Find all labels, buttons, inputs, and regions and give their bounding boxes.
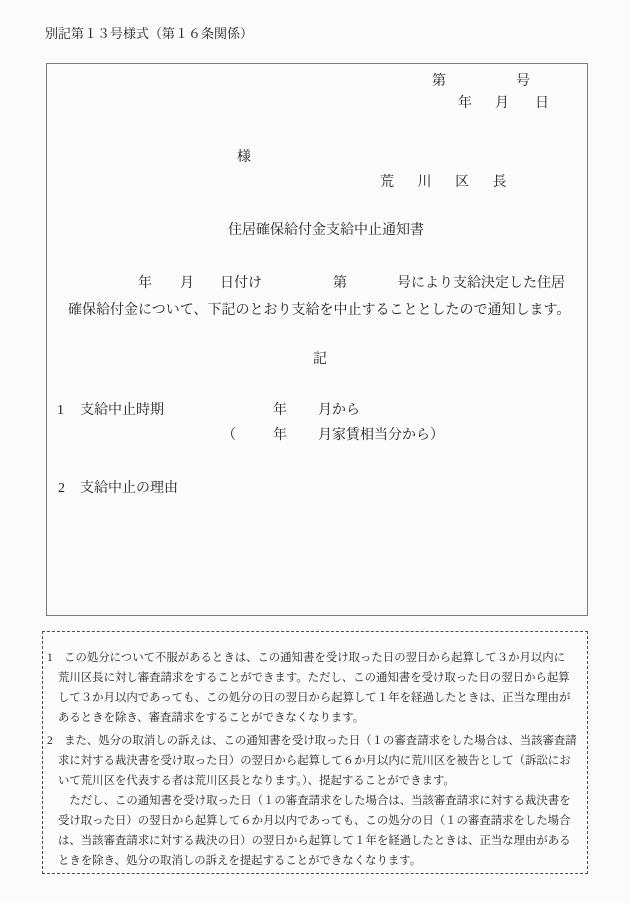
- date-year-label: 年: [458, 97, 472, 111]
- record-marker: 記: [313, 353, 327, 367]
- body-day-suffix: 日付け: [220, 277, 262, 291]
- body-line2: 確保給付金について、下記のとおり支給を中止することとしたので通知します。: [68, 304, 570, 318]
- doc-number-suffix: 号: [516, 75, 530, 89]
- appeal-note-1: 1 この処分について不服があるときは、この通知書を受け取った日の翌日から起算して…: [47, 648, 570, 728]
- document-page: 別記第１３号様式（第１６条関係） 第 号 年 月 日 様 荒川区長 住居確保給付…: [0, 0, 630, 903]
- main-form-box: [46, 63, 588, 616]
- item1-paren-open: （: [222, 429, 236, 443]
- item1-year-label: 年: [273, 404, 287, 418]
- item1-paren-rest: 月家賃相当分から）: [318, 429, 444, 443]
- document-title: 住居確保給付金支給中止通知書: [228, 224, 424, 238]
- doc-number-prefix: 第: [432, 75, 446, 89]
- item2-label: 支給中止の理由: [80, 482, 178, 496]
- date-day-label: 日: [535, 97, 549, 111]
- appeal-note-2: 2 また、処分の取消しの訴えは、この通知書を受け取った日（１の審査請求をした場合…: [47, 731, 577, 871]
- item1-number: 1: [57, 404, 64, 418]
- body-number-prefix: 第: [333, 277, 347, 291]
- sender-name: 荒川区長: [380, 176, 530, 190]
- note2-line: いて荒川区を代表する者は荒川区長となります。）、提起することができます。: [58, 771, 577, 791]
- note2-line: ときを除き、処分の取消しの訴えを提起することができなくなります。: [58, 851, 577, 871]
- note2-line: は、当該審査請求に対する裁決の日）の翌日から起算して１年を経過したときは、正当な…: [58, 831, 577, 851]
- note2-line: 2 また、処分の取消しの訴えは、この通知書を受け取った日（１の審査請求をした場合…: [47, 731, 577, 751]
- note1-line: して３か月以内であっても、この処分の日の翌日から起算して１年を経過したときは、正…: [58, 688, 570, 708]
- form-style-label: 別記第１３号様式（第１６条関係）: [45, 27, 253, 40]
- item1-month-from-label: 月から: [318, 404, 360, 418]
- item2-number: 2: [58, 482, 65, 496]
- addressee-suffix: 様: [237, 151, 251, 165]
- note2-line: 受け取った日）の翌日から起算して６か月以内であっても、この処分の日（１の審査請求…: [58, 811, 577, 831]
- body-year-label: 年: [138, 277, 152, 291]
- body-month-label: 月: [180, 277, 194, 291]
- note1-line: 荒川区長に対し審査請求をすることができます。ただし、この通知書を受け取った日の翌…: [58, 668, 570, 688]
- note2-line: 求に対する裁決書を受け取った日）の翌日から起算して６か月以内に荒川区を被告として…: [58, 751, 577, 771]
- date-month-label: 月: [495, 97, 509, 111]
- item1-year2-label: 年: [273, 429, 287, 443]
- item1-label: 支給中止時期: [80, 404, 164, 418]
- note1-line: あるときを除き、審査請求をすることができなくなります。: [58, 708, 570, 728]
- note1-line: 1 この処分について不服があるときは、この通知書を受け取った日の翌日から起算して…: [47, 648, 570, 668]
- note2-line: ただし、この通知書を受け取った日（１の審査請求をした場合は、当該審査請求に対する…: [58, 791, 577, 811]
- body-number-suffix: 号により支給決定した住居: [397, 277, 565, 291]
